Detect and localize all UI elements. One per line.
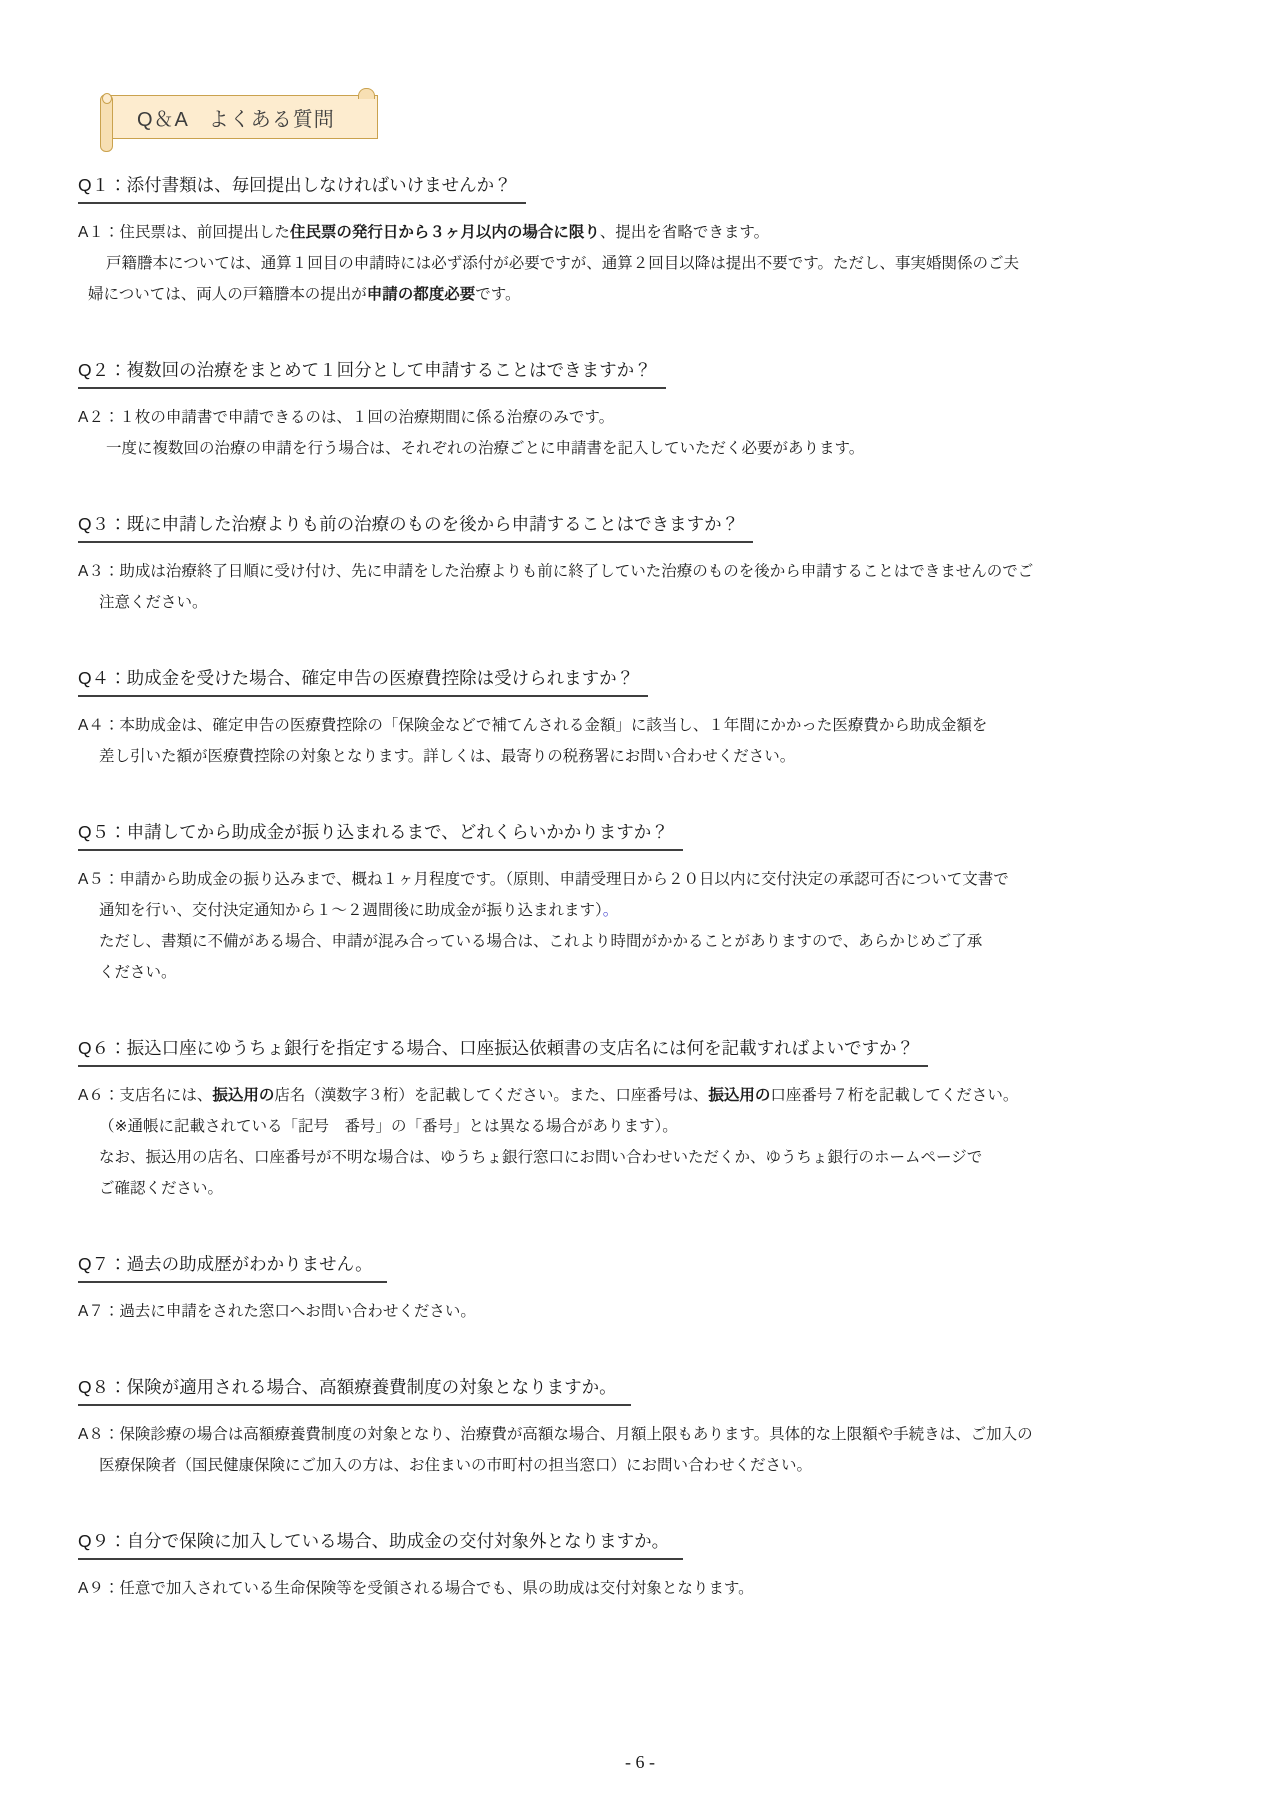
- answer-text-segment: なお、振込用の店名、口座番号が不明な場合は、ゆうちょ銀行窓口にお問い合わせいただ…: [99, 1149, 982, 1166]
- qa-question-wrap: Q１：添付書類は、毎回提出しなければいけませんか？: [78, 172, 1233, 204]
- qa-question-wrap: Q８：保険が適用される場合、高額療養費制度の対象となりますか。: [78, 1374, 1233, 1406]
- qa-answer-line: 婦については、両人の戸籍謄本の提出が申請の都度必要です。: [78, 279, 1233, 310]
- qa-question: Q４：助成金を受けた場合、確定申告の医療費控除は受けられますか？: [78, 665, 648, 697]
- qa-answer-line: A１：住民票は、前回提出した住民票の発行日から３ヶ月以内の場合に限り、提出を省略…: [78, 217, 1233, 248]
- answer-text-segment: 申請の都度必要: [367, 286, 476, 303]
- qa-answer-line: 戸籍謄本については、通算１回目の申請時には必ず添付が必要ですが、通算２回目以降は…: [78, 248, 1233, 279]
- answer-text-segment: ください。: [99, 964, 177, 981]
- qa-question: Q２：複数回の治療をまとめて１回分として申請することはできますか？: [78, 357, 666, 389]
- qa-question: Q６：振込口座にゆうちょ銀行を指定する場合、口座振込依頼書の支店名には何を記載す…: [78, 1035, 928, 1067]
- qa-question: Q８：保険が適用される場合、高額療養費制度の対象となりますか。: [78, 1374, 631, 1406]
- answer-text-segment: です。: [475, 286, 520, 303]
- qa-answer-line: A７：過去に申請をされた窓口へお問い合わせください。: [78, 1296, 1233, 1327]
- qa-block: Q９：自分で保険に加入している場合、助成金の交付対象外となりますか。A９：任意で…: [78, 1528, 1233, 1604]
- qa-question-wrap: Q３：既に申請した治療よりも前の治療のものを後から申請することはできますか？: [78, 511, 1233, 543]
- qa-answer-line: 一度に複数回の治療の申請を行う場合は、それぞれの治療ごとに申請書を記入していただ…: [78, 433, 1233, 464]
- qa-question-wrap: Q２：複数回の治療をまとめて１回分として申請することはできますか？: [78, 357, 1233, 389]
- qa-block: Q６：振込口座にゆうちょ銀行を指定する場合、口座振込依頼書の支店名には何を記載す…: [78, 1035, 1233, 1204]
- answer-text-segment: A３：助成は治療終了日順に受け付け、先に申請をした治療よりも前に終了していた治療…: [78, 563, 1033, 580]
- answer-text-segment: 差し引いた額が医療費控除の対象となります。詳しくは、最寄りの税務署にお問い合わせ…: [99, 748, 795, 765]
- qa-answer-line: 注意ください。: [78, 587, 1233, 618]
- answer-text-segment: 振込用の: [212, 1087, 274, 1104]
- answer-text-segment: 注意ください。: [99, 594, 208, 611]
- qa-answer-line: 医療保険者（国民健康保険にご加入の方は、お住まいの市町村の担当窓口）にお問い合わ…: [78, 1450, 1233, 1481]
- answer-text-segment: A１：住民票は、前回提出した: [78, 224, 290, 241]
- answer-text-segment: 振込用の: [708, 1087, 770, 1104]
- answer-text-segment: ただし、書類に不備がある場合、申請が混み合っている場合は、これより時間がかかるこ…: [99, 933, 982, 950]
- qa-answer-line: 通知を行い、交付決定通知から１～２週間後に助成金が振り込まれます）。: [78, 895, 1233, 926]
- qa-answer-line: A２：１枚の申請書で申請できるのは、１回の治療期間に係る治療のみです。: [78, 402, 1233, 433]
- qa-answer-line: なお、振込用の店名、口座番号が不明な場合は、ゆうちょ銀行窓口にお問い合わせいただ…: [78, 1142, 1233, 1173]
- qa-question-wrap: Q６：振込口座にゆうちょ銀行を指定する場合、口座振込依頼書の支店名には何を記載す…: [78, 1035, 1233, 1067]
- scroll-roll-decoration: [100, 94, 113, 152]
- answer-text-segment: （※通帳に記載されている「記号 番号」の「番号」とは異なる場合があります）。: [99, 1118, 678, 1135]
- qa-answer-line: A８：保険診療の場合は高額療養費制度の対象となり、治療費が高額な場合、月額上限も…: [78, 1419, 1233, 1450]
- qa-answer-line: A６：支店名には、振込用の店名（漢数字３桁）を記載してください。また、口座番号は…: [78, 1080, 1233, 1111]
- qa-block: Q３：既に申請した治療よりも前の治療のものを後から申請することはできますか？A３…: [78, 511, 1233, 618]
- answer-text-segment: A６：支店名には、: [78, 1087, 212, 1104]
- answer-text-segment: 住民票の発行日から３ヶ月以内の場合に限り: [290, 224, 600, 241]
- qa-answer-line: A９：任意で加入されている生命保険等を受領される場合でも、県の助成は交付対象とな…: [78, 1573, 1233, 1604]
- answer-text-segment: 医療保険者（国民健康保険にご加入の方は、お住まいの市町村の担当窓口）にお問い合わ…: [99, 1457, 812, 1474]
- section-title: Q＆A よくある質問: [137, 103, 335, 132]
- qa-question-wrap: Q４：助成金を受けた場合、確定申告の医療費控除は受けられますか？: [78, 665, 1233, 697]
- qa-answer-line: ただし、書類に不備がある場合、申請が混み合っている場合は、これより時間がかかるこ…: [78, 926, 1233, 957]
- answer-text-segment: 口座番号７桁を記載してください。: [770, 1087, 1018, 1104]
- answer-text-segment: A５：申請から助成金の振り込みまで、概ね１ヶ月程度です。（原則、申請受理日から２…: [78, 871, 1009, 888]
- qa-question-wrap: Q５：申請してから助成金が振り込まれるまで、どれくらいかかりますか？: [78, 819, 1233, 851]
- qa-section-banner: Q＆A よくある質問: [110, 95, 378, 139]
- qa-question-wrap: Q７：過去の助成歴がわかりません。: [78, 1251, 1233, 1283]
- answer-text-segment: 一度に複数回の治療の申請を行う場合は、それぞれの治療ごとに申請書を記入していただ…: [106, 440, 864, 457]
- answer-text-segment: 。: [603, 902, 619, 919]
- qa-question: Q９：自分で保険に加入している場合、助成金の交付対象外となりますか。: [78, 1528, 683, 1560]
- qa-block: Q２：複数回の治療をまとめて１回分として申請することはできますか？A２：１枚の申…: [78, 357, 1233, 464]
- qa-block: Q５：申請してから助成金が振り込まれるまで、どれくらいかかりますか？A５：申請か…: [78, 819, 1233, 988]
- document-page: Q＆A よくある質問 Q１：添付書類は、毎回提出しなければいけませんか？A１：住…: [0, 0, 1280, 1810]
- page-number: - 6 -: [0, 1752, 1280, 1773]
- scroll-curl-decoration: [358, 88, 375, 99]
- answer-text-segment: ご確認ください。: [99, 1180, 223, 1197]
- qa-answer-line: （※通帳に記載されている「記号 番号」の「番号」とは異なる場合があります）。: [78, 1111, 1233, 1142]
- qa-answer-line: 差し引いた額が医療費控除の対象となります。詳しくは、最寄りの税務署にお問い合わせ…: [78, 741, 1233, 772]
- answer-text-segment: 店名（漢数字３桁）を記載してください。また、口座番号は、: [274, 1087, 708, 1104]
- qa-question: Q７：過去の助成歴がわかりません。: [78, 1251, 387, 1283]
- qa-answer-line: A４：本助成金は、確定申告の医療費控除の「保険金などで補てんされる金額」に該当し…: [78, 710, 1233, 741]
- answer-text-segment: A７：過去に申請をされた窓口へお問い合わせください。: [78, 1303, 476, 1320]
- qa-list: Q１：添付書類は、毎回提出しなければいけませんか？A１：住民票は、前回提出した住…: [78, 172, 1233, 1651]
- answer-text-segment: A２：１枚の申請書で申請できるのは、１回の治療期間に係る治療のみです。: [78, 409, 614, 426]
- qa-answer-line: ください。: [78, 957, 1233, 988]
- qa-question: Q１：添付書類は、毎回提出しなければいけませんか？: [78, 172, 526, 204]
- qa-question-wrap: Q９：自分で保険に加入している場合、助成金の交付対象外となりますか。: [78, 1528, 1233, 1560]
- answer-text-segment: A９：任意で加入されている生命保険等を受領される場合でも、県の助成は交付対象とな…: [78, 1580, 754, 1597]
- qa-block: Q７：過去の助成歴がわかりません。A７：過去に申請をされた窓口へお問い合わせくだ…: [78, 1251, 1233, 1327]
- qa-block: Q１：添付書類は、毎回提出しなければいけませんか？A１：住民票は、前回提出した住…: [78, 172, 1233, 310]
- qa-block: Q８：保険が適用される場合、高額療養費制度の対象となりますか。A８：保険診療の場…: [78, 1374, 1233, 1481]
- answer-text-segment: 戸籍謄本については、通算１回目の申請時には必ず添付が必要ですが、通算２回目以降は…: [106, 255, 1019, 272]
- answer-text-segment: A４：本助成金は、確定申告の医療費控除の「保険金などで補てんされる金額」に該当し…: [78, 717, 987, 734]
- answer-text-segment: 通知を行い、交付決定通知から１～２週間後に助成金が振り込まれます）: [99, 902, 603, 919]
- answer-text-segment: A８：保険診療の場合は高額療養費制度の対象となり、治療費が高額な場合、月額上限も…: [78, 1426, 1033, 1443]
- answer-text-segment: 婦については、両人の戸籍謄本の提出が: [88, 286, 367, 303]
- qa-question: Q５：申請してから助成金が振り込まれるまで、どれくらいかかりますか？: [78, 819, 683, 851]
- qa-answer-line: ご確認ください。: [78, 1173, 1233, 1204]
- answer-text-segment: 、提出を省略できます。: [600, 224, 769, 241]
- qa-answer-line: A５：申請から助成金の振り込みまで、概ね１ヶ月程度です。（原則、申請受理日から２…: [78, 864, 1233, 895]
- qa-answer-line: A３：助成は治療終了日順に受け付け、先に申請をした治療よりも前に終了していた治療…: [78, 556, 1233, 587]
- qa-block: Q４：助成金を受けた場合、確定申告の医療費控除は受けられますか？A４：本助成金は…: [78, 665, 1233, 772]
- qa-question: Q３：既に申請した治療よりも前の治療のものを後から申請することはできますか？: [78, 511, 753, 543]
